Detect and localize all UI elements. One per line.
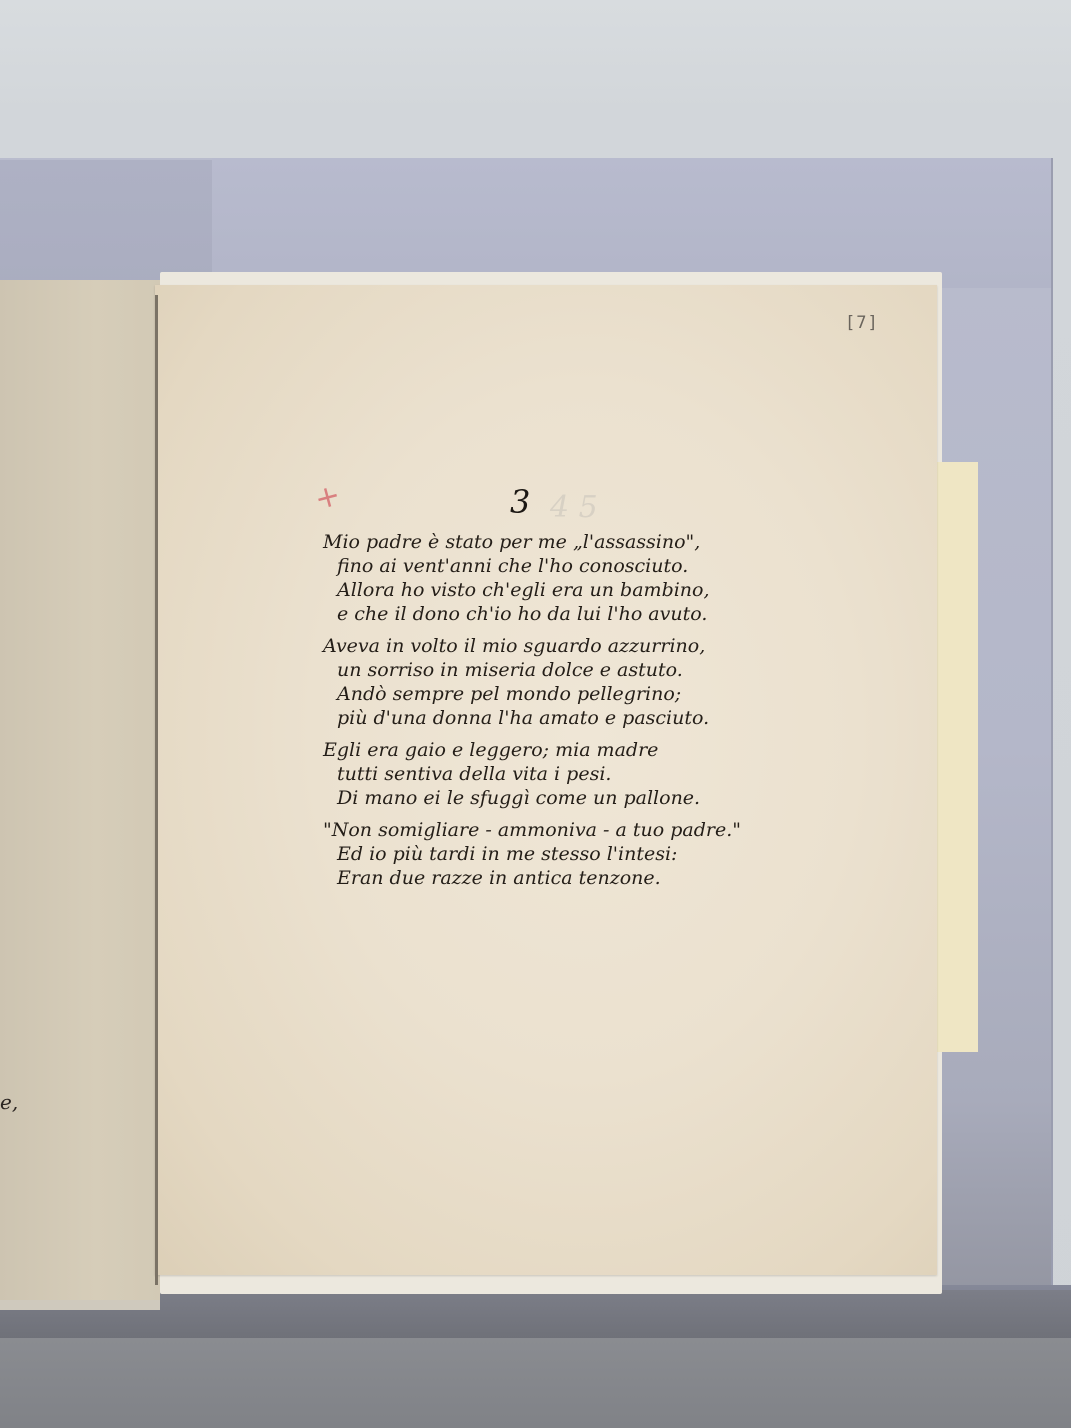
poem-line: un sorriso in miseria dolce e astuto. bbox=[323, 658, 883, 682]
poem-line: Allora ho visto ch'egli era un bambino, bbox=[323, 578, 883, 602]
left-page: e, bbox=[0, 280, 160, 1310]
poem-line: Aveva in volto il mio sguardo azzurrino, bbox=[323, 634, 883, 658]
stanza-4: "Non somigliare - ammoniva - a tuo padre… bbox=[323, 818, 883, 890]
stanza-3: Egli era gaio e leggero; mia madre tutti… bbox=[323, 738, 883, 810]
table-surface bbox=[0, 1338, 1071, 1428]
poem-body: Mio padre è stato per me „l'assassino", … bbox=[323, 530, 883, 898]
poem-line: Egli era gaio e leggero; mia madre bbox=[323, 738, 883, 762]
paper-slip bbox=[930, 462, 978, 1052]
stanza-1: Mio padre è stato per me „l'assassino", … bbox=[323, 530, 883, 626]
left-page-fragment: e, bbox=[0, 1090, 18, 1114]
poem-line: Ed io più tardi in me stesso l'intesi: bbox=[323, 842, 883, 866]
bleed-through-mark: 4 5 bbox=[550, 490, 598, 525]
folder-panel bbox=[212, 158, 1051, 288]
poem-line: tutti sentiva della vita i pesi. bbox=[323, 762, 883, 786]
page-number: [7] bbox=[845, 313, 879, 333]
poem-number: 3 bbox=[510, 483, 530, 521]
bottom-shadow bbox=[0, 1290, 1071, 1338]
poem-line: e che il dono ch'io ho da lui l'ho avuto… bbox=[323, 602, 883, 626]
poem-line: Andò sempre pel mondo pellegrino; bbox=[323, 682, 883, 706]
poem-line: "Non somigliare - ammoniva - a tuo padre… bbox=[323, 818, 883, 842]
manuscript-page: [7] + 4 5 3 Mio padre è stato per me „l'… bbox=[155, 285, 937, 1275]
poem-line: Eran due razze in antica tenzone. bbox=[323, 866, 883, 890]
stanza-2: Aveva in volto il mio sguardo azzurrino,… bbox=[323, 634, 883, 730]
poem-line: Mio padre è stato per me „l'assassino", bbox=[323, 530, 883, 554]
poem-line: Di mano ei le sfuggì come un pallone. bbox=[323, 786, 883, 810]
poem-line: più d'una donna l'ha amato e pasciuto. bbox=[323, 706, 883, 730]
poem-line: fino ai vent'anni che l'ho conosciuto. bbox=[323, 554, 883, 578]
book-spine bbox=[155, 295, 158, 1285]
margin-mark: + bbox=[311, 477, 344, 517]
